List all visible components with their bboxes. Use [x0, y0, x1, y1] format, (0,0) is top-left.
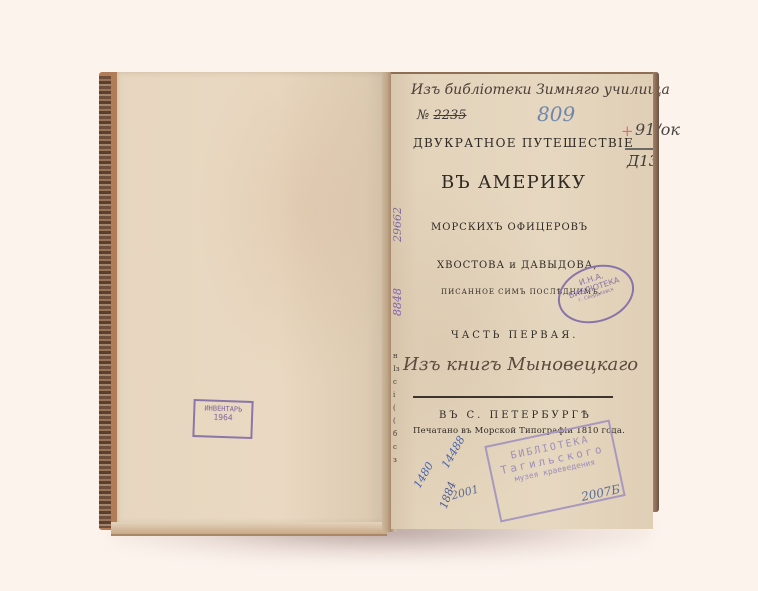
imprint-city: ВЪ С. ПЕТЕРБУРГѢ — [439, 410, 592, 421]
title-line-4: ХВОСТОВА и ДАВЫДОВА, — [437, 260, 597, 271]
left-endpaper: ИНВЕНТАРЬ 1964 — [117, 72, 387, 524]
left-page-bottom-edge — [111, 522, 387, 536]
scan-scene: ИНВЕНТАРЬ 1964 Изъ библіотеки Зимняго уч… — [0, 0, 758, 591]
right-cover-edge — [653, 72, 659, 512]
old-catalog-number: № 2235 — [417, 108, 467, 123]
part-label: ЧАСТЬ ПЕРВАЯ. — [451, 330, 578, 341]
inventory-stamp: ИНВЕНТАРЬ 1964 — [192, 399, 253, 439]
purple-vertical-number-2: 8848 — [391, 288, 404, 316]
open-book: ИНВЕНТАРЬ 1964 Изъ библіотеки Зимняго уч… — [99, 72, 659, 532]
title-page: Изъ библіотеки Зимняго училища № 2235 80… — [391, 72, 653, 529]
blue-catalog-number: 809 — [537, 102, 575, 126]
title-line-3: МОРСКИХЪ ОФИЦЕРОВЪ — [431, 222, 588, 233]
left-spine-edge — [99, 76, 111, 528]
blue-number-1480: 1480 — [411, 460, 436, 491]
margin-letters: нІзс і(( бсз — [393, 350, 403, 467]
title-line-2: ВЪ АМЕРИКУ — [441, 172, 586, 193]
imprint-rule — [413, 396, 613, 398]
title-line-1: ДВУКРАТНОЕ ПУТЕШЕСТВІЕ — [413, 136, 634, 150]
library-inscription: Изъ библіотеки Зимняго училища — [411, 82, 670, 98]
owner-signature: Изъ книгъ Мыновецкаго — [403, 354, 638, 375]
purple-vertical-number-1: 29662 — [391, 207, 404, 242]
blue-number-14488: 14488 — [439, 434, 468, 471]
